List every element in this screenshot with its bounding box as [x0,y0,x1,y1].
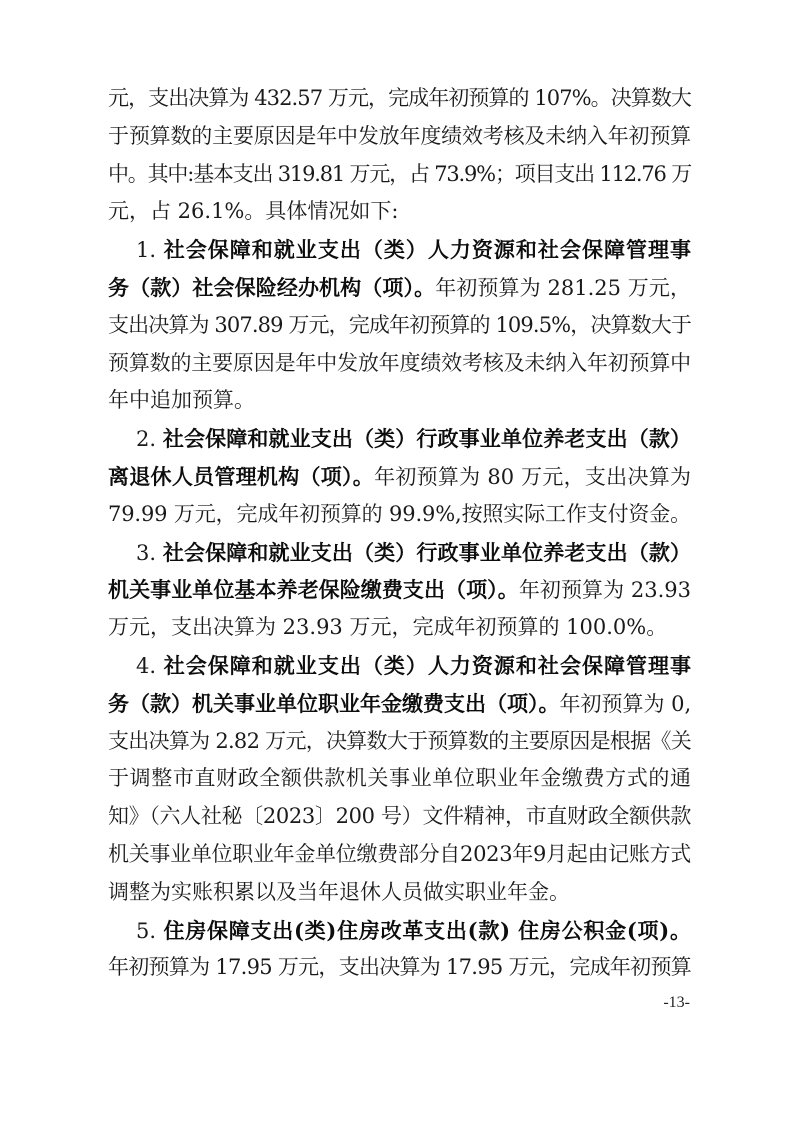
text-line: 元，支出决算为 432.57 万元，完成年初预算的 107%。决算数大 [108,80,691,118]
body-text-segment: 元，占 26.1%。具体情况如下: [108,199,398,223]
item-heading-text: 社会保障和就业支出（类）行政事业单位养老支出（款） [163,540,691,565]
body-text-segment: 调整为实账积累以及当年退休人员做实职业年金。 [108,880,570,904]
body-text-segment: 年中追加预算。 [108,388,255,412]
paragraph-first-line: 4. 社会保障和就业支出（类）人力资源和社会保障管理事 [108,647,691,685]
text-line: 于调整市直财政全额供款机关事业单位职业年金缴费方式的通 [108,760,691,798]
body-text-segment: 预算数的主要原因是年中发放年度绩效考核及未纳入年初预算中 [108,351,691,375]
text-line: 机关事业单位基本养老保险缴费支出（项）。年初预算为 23.93 [108,571,691,609]
item-heading-text: 务（款）社会保险经办机构（项）。 [108,275,435,300]
text-line: 知》（六人社秘〔2023〕200 号）文件精神，市直财政全额供款 [108,798,691,836]
body-text-segment: 中。其中:基本支出 319.81 万元，占 73.9%；项目支出 112.76 … [108,162,691,186]
document-page: 元，支出决算为 432.57 万元，完成年初预算的 107%。决算数大于预算数的… [0,0,794,1122]
text-line: 预算数的主要原因是年中发放年度绩效考核及未纳入年初预算中 [108,345,691,383]
body-text-segment: 支出决算为 2.82 万元，决算数大于预算数的主要原因是根据《关 [108,729,691,753]
text-line: 于预算数的主要原因是年中发放年度绩效考核及未纳入年初预算 [108,118,691,156]
body-text-segment: 年初预算为 281.25 万元， [435,276,691,300]
paragraph-first-line: 5. 住房保障支出(类)住房改革支出(款) 住房公积金(项)。 [108,912,691,950]
body-text-segment: 5. [136,919,163,943]
item-heading-text: 住房保障支出(类)住房改革支出(款) 住房公积金(项)。 [163,918,691,943]
body-text-segment: 2. [136,427,163,451]
body-text: 元，支出决算为 432.57 万元，完成年初预算的 107%。决算数大于预算数的… [108,80,691,987]
body-text-segment: 机关事业单位职业年金单位缴费部分自2023年9月起由记账方式 [108,842,691,866]
body-text-segment: 支出决算为 307.89 万元，完成年初预算的 109.5%，决算数大于 [108,313,691,337]
paragraph-first-line: 3. 社会保障和就业支出（类）行政事业单位养老支出（款） [108,534,691,572]
item-heading-text: 离退休人员管理机构（项）。 [108,464,374,489]
body-text-segment: 元，支出决算为 432.57 万元，完成年初预算的 107%。决算数大 [108,86,691,110]
body-text-segment: 年初预算为 0, [560,692,692,716]
body-text-segment: 知》（六人社秘〔2023〕200 号）文件精神，市直财政全额供款 [108,804,691,828]
body-text-segment: 3. [136,541,163,565]
item-heading-text: 社会保障和就业支出（类）人力资源和社会保障管理事 [164,653,691,678]
text-line: 离退休人员管理机构（项）。年初预算为 80 万元，支出决算为 [108,458,691,496]
text-line: 机关事业单位职业年金单位缴费部分自2023年9月起由记账方式 [108,836,691,874]
text-line: 支出决算为 2.82 万元，决算数大于预算数的主要原因是根据《关 [108,723,691,761]
text-line: 元，占 26.1%。具体情况如下: [108,193,691,231]
item-heading-text: 机关事业单位基本养老保险缴费支出（项）。 [108,577,519,602]
text-line: 务（款）机关事业单位职业年金缴费支出（项）。年初预算为 0, [108,685,691,723]
text-line: 中。其中:基本支出 319.81 万元，占 73.9%；项目支出 112.76 … [108,156,691,194]
text-line: 调整为实账积累以及当年退休人员做实职业年金。 [108,874,691,912]
body-text-segment: 于调整市直财政全额供款机关事业单位职业年金缴费方式的通 [108,766,691,790]
body-text-segment: 79.99 万元，完成年初预算的 99.9%,按照实际工作支付资金。 [108,502,691,526]
text-line: 年初预算为 17.95 万元，支出决算为 17.95 万元，完成年初预算 [108,949,691,987]
page-number: -13- [663,994,690,1012]
body-text-segment: 4. [136,654,164,678]
text-line: 79.99 万元，完成年初预算的 99.9%,按照实际工作支付资金。 [108,496,691,534]
body-text-segment: 万元，支出决算为 23.93 万元，完成年初预算的 100.0%。 [108,615,667,639]
item-heading-text: 社会保障和就业支出（类）人力资源和社会保障管理事 [164,237,691,262]
paragraph-first-line: 1. 社会保障和就业支出（类）人力资源和社会保障管理事 [108,231,691,269]
body-text-segment: 于预算数的主要原因是年中发放年度绩效考核及未纳入年初预算 [108,124,691,148]
text-line: 务（款）社会保险经办机构（项）。年初预算为 281.25 万元， [108,269,691,307]
item-heading-text: 社会保障和就业支出（类）行政事业单位养老支出（款） [163,426,691,451]
item-heading-text: 务（款）机关事业单位职业年金缴费支出（项）。 [108,691,560,716]
body-text-segment: 年初预算为 17.95 万元，支出决算为 17.95 万元，完成年初预算 [108,955,691,979]
text-line: 支出决算为 307.89 万元，完成年初预算的 109.5%，决算数大于 [108,307,691,345]
text-line: 万元，支出决算为 23.93 万元，完成年初预算的 100.0%。 [108,609,691,647]
body-text-segment: 1. [136,238,164,262]
paragraph-first-line: 2. 社会保障和就业支出（类）行政事业单位养老支出（款） [108,420,691,458]
text-line: 年中追加预算。 [108,382,691,420]
body-text-segment: 年初预算为 80 万元，支出决算为 [374,465,691,489]
body-text-segment: 年初预算为 23.93 [519,578,691,602]
